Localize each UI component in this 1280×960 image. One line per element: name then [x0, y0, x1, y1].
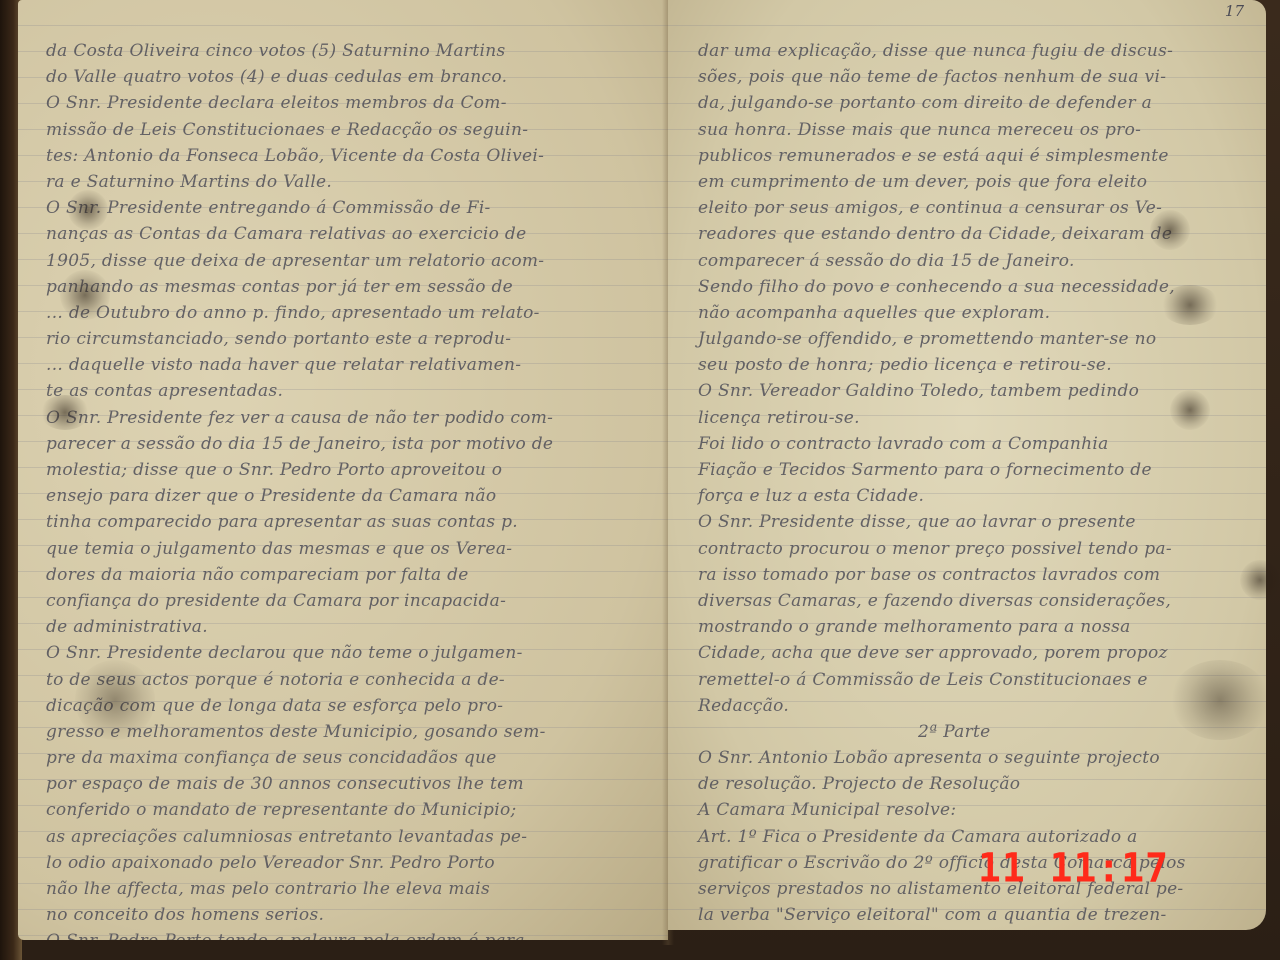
handwritten-line: dores da maioria não compareciam por fal… [46, 562, 658, 588]
handwritten-line: confiança do presidente da Camara por in… [46, 588, 658, 614]
handwritten-line: O Snr. Presidente disse, que ao lavrar o… [698, 509, 1250, 535]
handwritten-line: mostrando o grande melhoramento para a n… [698, 614, 1250, 640]
handwritten-line: diversas Camaras, e fazendo diversas con… [698, 588, 1250, 614]
handwritten-line: contracto procurou o menor preço possive… [698, 536, 1250, 562]
ink-stain [68, 190, 108, 230]
right-page: 17 dar uma explicação, disse que nunca f… [668, 0, 1266, 930]
handwritten-line: tes: Antonio da Fonseca Lobão, Vicente d… [46, 143, 658, 169]
ledger-book: da Costa Oliveira cinco votos (5) Saturn… [0, 0, 1280, 960]
handwritten-line: Redacção. [698, 693, 1250, 719]
handwritten-line: remettel-o á Commissão de Leis Constituc… [698, 667, 1250, 693]
handwritten-line: rio circumstanciado, sendo portanto este… [46, 326, 658, 352]
handwritten-line: Cidade, acha que deve ser approvado, por… [698, 640, 1250, 666]
section-heading: 2ª Parte [698, 719, 1250, 745]
handwritten-line: O Snr. Presidente fez ver a causa de não… [46, 405, 658, 431]
ink-stain [1240, 560, 1280, 600]
handwritten-line: ... daquelle visto nada haver que relata… [46, 352, 658, 378]
ink-stain [1170, 390, 1210, 430]
handwritten-line: sua honra. Disse mais que nunca mereceu … [698, 117, 1250, 143]
handwritten-line: ensejo para dizer que o Presidente da Ca… [46, 483, 658, 509]
camera-timestamp: 11 11:17 [978, 845, 1169, 891]
handwritten-line: la verba "Serviço eleitoral" com a quant… [698, 902, 1250, 928]
handwritten-line: as apreciações calumniosas entretanto le… [46, 824, 658, 850]
handwritten-line: O Snr. Presidente entregando á Commissão… [46, 195, 658, 221]
handwritten-line: de administrativa. [46, 614, 658, 640]
handwritten-line: publicos remunerados e se está aqui é si… [698, 143, 1250, 169]
handwritten-line: ra e Saturnino Martins do Valle. [46, 169, 658, 195]
handwritten-line: O Snr. Antonio Lobão apresenta o seguint… [698, 745, 1250, 771]
handwritten-line: ... de Outubro do anno p. findo, apresen… [46, 300, 658, 326]
handwritten-line: não lhe affecta, mas pelo contrario lhe … [46, 876, 658, 902]
ink-stain [1160, 285, 1220, 325]
handwritten-line: 1905, disse que deixa de apresentar um r… [46, 248, 658, 274]
handwritten-line: parecer a sessão do dia 15 de Janeiro, i… [46, 431, 658, 457]
handwritten-line: de resolução. Projecto de Resolução [698, 771, 1250, 797]
handwritten-line: O Snr. Presidente declara eleitos membro… [46, 90, 658, 116]
ink-stain [75, 660, 155, 740]
handwritten-line: no conceito dos homens serios. [46, 902, 658, 928]
handwritten-line: O Snr. Pedro Porto tendo a palavra pela … [46, 928, 658, 940]
handwritten-line: por espaço de mais de 30 annos consecuti… [46, 771, 658, 797]
handwritten-line: dar uma explicação, disse que nunca fugi… [698, 38, 1250, 64]
handwritten-line: sões, pois que não teme de factos nenhum… [698, 64, 1250, 90]
handwritten-line: molestia; disse que o Snr. Pedro Porto a… [46, 457, 658, 483]
page-number: 17 [1225, 2, 1244, 20]
handwritten-line: Foi lido o contracto lavrado com a Compa… [698, 431, 1250, 457]
handwritten-line: missão de Leis Constitucionaes e Redacçã… [46, 117, 658, 143]
handwritten-line: da Costa Oliveira cinco votos (5) Saturn… [46, 38, 658, 64]
handwritten-line: lo odio apaixonado pelo Vereador Snr. Pe… [46, 850, 658, 876]
handwritten-line: comparecer á sessão do dia 15 de Janeiro… [698, 248, 1250, 274]
handwritten-line: A Camara Municipal resolve: [698, 797, 1250, 823]
ink-stain [1170, 660, 1270, 740]
ink-stain [1150, 210, 1190, 250]
handwritten-line: Fiação e Tecidos Sarmento para o forneci… [698, 457, 1250, 483]
handwritten-line: do Valle quatro votos (4) e duas cedulas… [46, 64, 658, 90]
left-page: da Costa Oliveira cinco votos (5) Saturn… [18, 0, 668, 940]
handwritten-line: da, julgando-se portanto com direito de … [698, 90, 1250, 116]
handwritten-line: seu posto de honra; pedio licença e reti… [698, 352, 1250, 378]
handwritten-line: tos mil reis. Art. 2º Revogam-se as disp… [698, 928, 1250, 930]
handwritten-line: O Snr. Presidente declarou que não teme … [46, 640, 658, 666]
handwritten-line: ra isso tomado por base os contractos la… [698, 562, 1250, 588]
handwritten-line: que temia o julgamento das mesmas e que … [46, 536, 658, 562]
ink-stain [40, 395, 90, 430]
handwritten-line: te as contas apresentadas. [46, 378, 658, 404]
handwritten-line: Julgando-se offendido, e promettendo man… [698, 326, 1250, 352]
ink-stain [60, 270, 110, 320]
handwritten-line: tinha comparecido para apresentar as sua… [46, 509, 658, 535]
handwritten-line: panhando as mesmas contas por já ter em … [46, 274, 658, 300]
handwritten-line: conferido o mandato de representante do … [46, 797, 658, 823]
handwritten-line: nanças as Contas da Camara relativas ao … [46, 221, 658, 247]
handwritten-line: força e luz a esta Cidade. [698, 483, 1250, 509]
handwritten-line: em cumprimento de um dever, pois que for… [698, 169, 1250, 195]
handwritten-line: O Snr. Vereador Galdino Toledo, tambem p… [698, 378, 1250, 404]
handwritten-line: pre da maxima confiança de seus concidad… [46, 745, 658, 771]
handwritten-line: licença retirou-se. [698, 405, 1250, 431]
